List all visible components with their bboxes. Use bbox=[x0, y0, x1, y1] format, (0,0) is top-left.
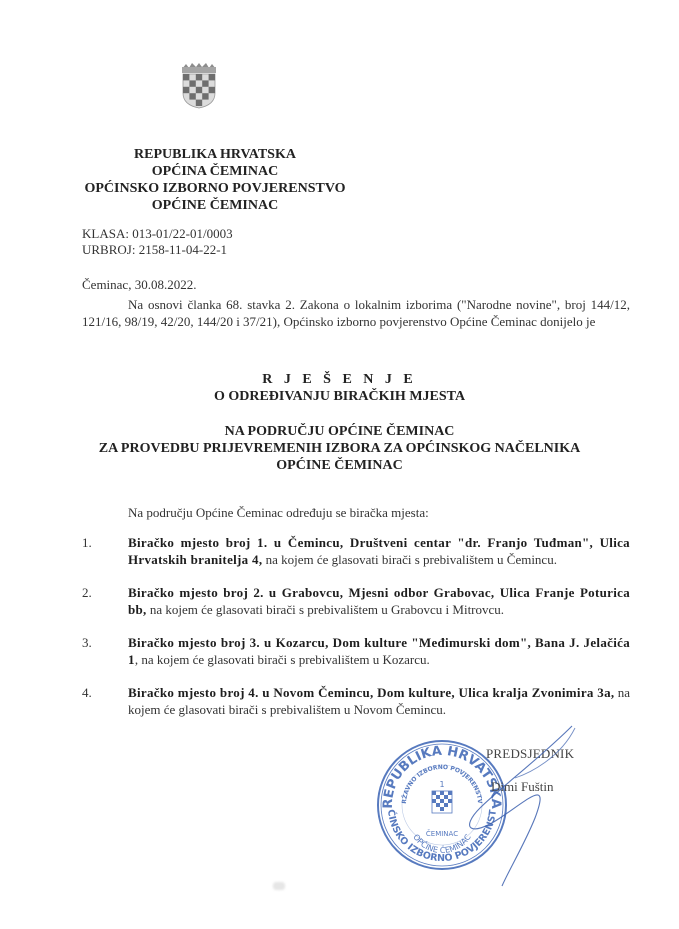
polling-station-item: 3. Biračko mjesto broj 3. u Kozarcu, Dom… bbox=[82, 634, 630, 668]
decision-scope-block: NA PODRUČJU OPĆINE ČEMINAC ZA PROVEDBU P… bbox=[0, 423, 679, 474]
polling-station-item: 2. Biračko mjesto broj 2. u Grabovcu, Mj… bbox=[82, 584, 630, 618]
polling-station-item: 1. Biračko mjesto broj 1. u Čemincu, Dru… bbox=[82, 534, 630, 568]
item-number: 4. bbox=[82, 684, 92, 701]
polling-stations-lead: Na području Općine Čeminac određuju se b… bbox=[128, 505, 429, 521]
klasa-reference: KLASA: 013-01/22-01/0003 bbox=[82, 226, 233, 242]
polling-station-item: 4. Biračko mjesto broj 4. u Novom Čeminc… bbox=[82, 684, 630, 718]
header-line-republic: REPUBLIKA HRVATSKA bbox=[0, 146, 430, 163]
scan-smudge bbox=[273, 882, 285, 890]
header-line-municipality: OPĆINA ČEMINAC bbox=[0, 163, 430, 180]
item-number: 3. bbox=[82, 634, 92, 651]
croatian-coat-of-arms-icon bbox=[181, 63, 217, 109]
item-voters: na kojem će glasovati birači s prebivali… bbox=[147, 602, 504, 617]
decision-title: R J E Š E N J E bbox=[0, 371, 679, 388]
decision-scope-line: OPĆINE ČEMINAC bbox=[0, 457, 679, 474]
legal-basis-paragraph: Na osnovi članka 68. stavka 2. Zakona o … bbox=[82, 297, 630, 330]
decision-subtitle: O ODREĐIVANJU BIRAČKIH MJESTA bbox=[0, 388, 679, 405]
decision-title-block: R J E Š E N J E O ODREĐIVANJU BIRAČKIH M… bbox=[0, 371, 679, 405]
header-line-municipality-genitive: OPĆINE ČEMINAC bbox=[0, 197, 430, 214]
item-location: Biračko mjesto broj 4. u Novom Čemincu, … bbox=[128, 685, 614, 700]
item-voters: , na kojem će glasovati birači s prebiva… bbox=[135, 652, 430, 667]
header-line-commission: OPĆINSKO IZBORNO POVJERENSTVO bbox=[0, 180, 430, 197]
issuer-header: REPUBLIKA HRVATSKA OPĆINA ČEMINAC OPĆINS… bbox=[0, 146, 430, 214]
decision-scope-line: ZA PROVEDBU PRIJEVREMENIH IZBORA ZA OPĆI… bbox=[0, 440, 679, 457]
item-number: 1. bbox=[82, 534, 92, 551]
handwritten-signature bbox=[440, 718, 590, 888]
item-number: 2. bbox=[82, 584, 92, 601]
item-voters: na kojem će glasovati birači s prebivali… bbox=[262, 552, 557, 567]
decision-scope-line: NA PODRUČJU OPĆINE ČEMINAC bbox=[0, 423, 679, 440]
place-and-date: Čeminac, 30.08.2022. bbox=[82, 277, 196, 293]
urbroj-reference: URBROJ: 2158-11-04-22-1 bbox=[82, 242, 227, 258]
